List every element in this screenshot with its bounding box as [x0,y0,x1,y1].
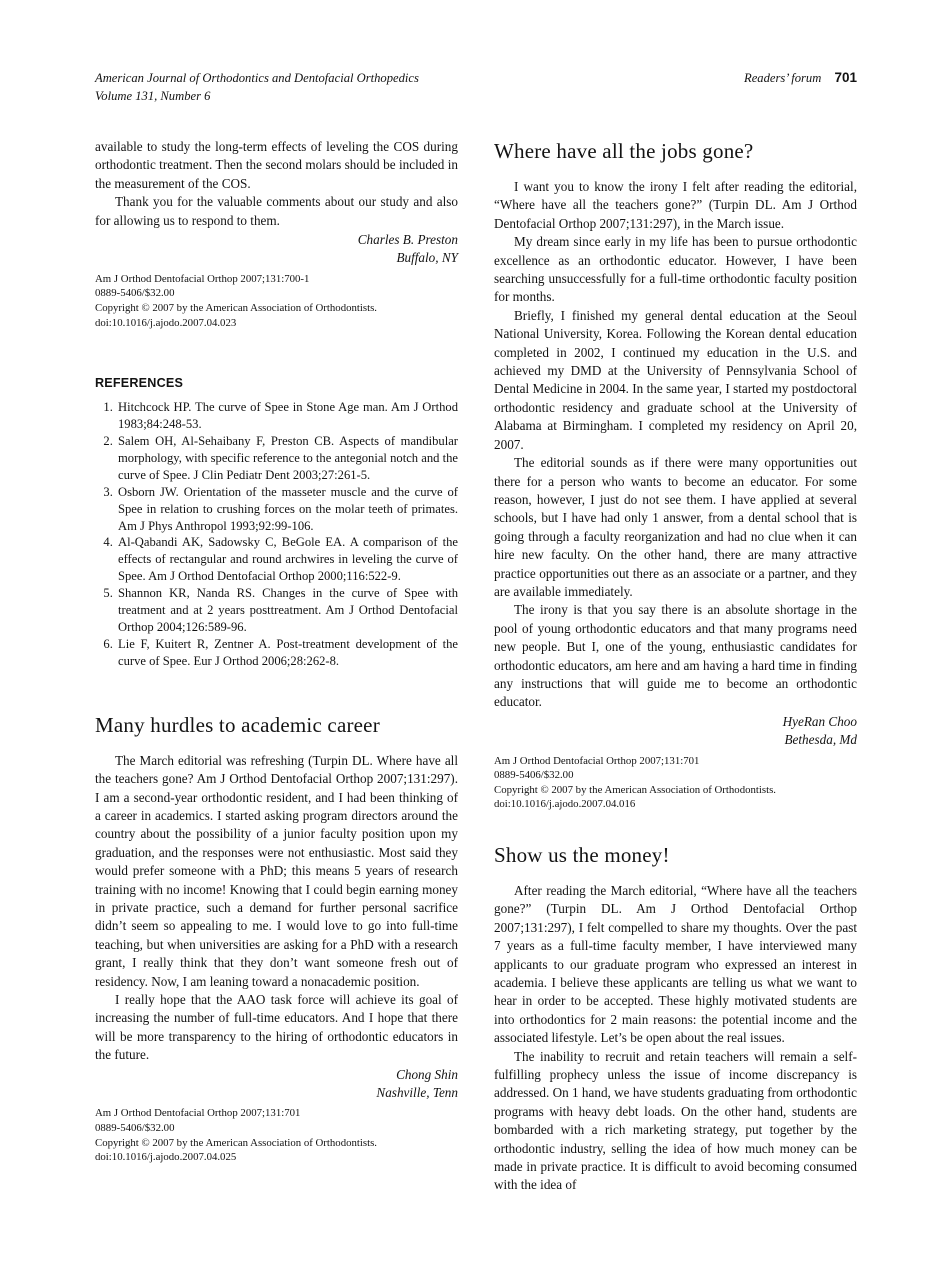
reference-item: Osborn JW. Orientation of the masseter m… [116,484,458,535]
letter-paragraph: Briefly, I finished my general dental ed… [494,307,857,454]
citation-journal-line: Am J Orthod Dentofacial Orthop 2007;131:… [494,754,857,769]
right-column: Where have all the jobs gone? I want you… [494,138,857,1195]
reference-item: Al-Qabandi AK, Sadowsky C, BeGole EA. A … [116,534,458,585]
letter-paragraph: The inability to recruit and retain teac… [494,1048,857,1195]
citation-issn-line: 0889-5406/$32.00 [95,1121,458,1136]
letter-reply-paragraph: Thank you for the valuable comments abou… [95,193,458,230]
reference-item: Salem OH, Al-Sehaibany F, Preston CB. As… [116,433,458,484]
journal-page: American Journal of Orthodontics and Den… [0,0,950,1272]
citation-journal-line: Am J Orthod Dentofacial Orthop 2007;131:… [95,272,458,287]
letter-paragraph: I want you to know the irony I felt afte… [494,178,857,233]
letter-paragraph: The irony is that you say there is an ab… [494,601,857,711]
author-signature: HyeRan Choo Bethesda, Md [494,713,857,750]
author-name: HyeRan Choo [494,713,857,731]
author-location: Nashville, Tenn [95,1084,458,1102]
references-list: Hitchcock HP. The curve of Spee in Stone… [95,399,458,670]
letter-paragraph: I really hope that the AAO task force wi… [95,991,458,1065]
letter-title-jobs-gone: Where have all the jobs gone? [494,138,857,164]
two-column-body: available to study the long-term effects… [95,138,857,1195]
letter-paragraph: After reading the March editorial, “Wher… [494,882,857,1048]
journal-identification: American Journal of Orthodontics and Den… [95,70,419,105]
page-header: American Journal of Orthodontics and Den… [95,70,857,105]
section-name: Readers’ forum [744,71,821,85]
author-location: Bethesda, Md [494,731,857,749]
citation-doi-line: doi:10.1016/j.ajodo.2007.04.016 [494,797,857,812]
running-head: Readers’ forum 701 [744,70,857,86]
citation-block: Am J Orthod Dentofacial Orthop 2007;131:… [95,1106,458,1164]
citation-doi-line: doi:10.1016/j.ajodo.2007.04.023 [95,316,458,331]
letter-paragraph: My dream since early in my life has been… [494,233,857,307]
left-column: available to study the long-term effects… [95,138,458,1195]
citation-issn-line: 0889-5406/$32.00 [494,768,857,783]
reference-item: Shannon KR, Nanda RS. Changes in the cur… [116,585,458,636]
references-heading: REFERENCES [95,376,458,390]
citation-copyright-line: Copyright © 2007 by the American Associa… [95,301,458,316]
citation-issn-line: 0889-5406/$32.00 [95,286,458,301]
volume-number: Volume 131, Number 6 [95,88,419,106]
letter-paragraph: The editorial sounds as if there were ma… [494,454,857,601]
author-signature: Charles B. Preston Buffalo, NY [95,231,458,268]
citation-copyright-line: Copyright © 2007 by the American Associa… [494,783,857,798]
letter-paragraph: The March editorial was refreshing (Turp… [95,752,458,991]
journal-name: American Journal of Orthodontics and Den… [95,70,419,88]
reference-item: Lie F, Kuitert R, Zentner A. Post-treatm… [116,636,458,670]
citation-block: Am J Orthod Dentofacial Orthop 2007;131:… [494,754,857,812]
letter-reply-paragraph: available to study the long-term effects… [95,138,458,193]
letter-title-many-hurdles: Many hurdles to academic career [95,712,458,738]
author-signature: Chong Shin Nashville, Tenn [95,1066,458,1103]
citation-journal-line: Am J Orthod Dentofacial Orthop 2007;131:… [95,1106,458,1121]
author-name: Chong Shin [95,1066,458,1084]
citation-block: Am J Orthod Dentofacial Orthop 2007;131:… [95,272,458,330]
reference-item: Hitchcock HP. The curve of Spee in Stone… [116,399,458,433]
citation-copyright-line: Copyright © 2007 by the American Associa… [95,1136,458,1151]
page-number: 701 [834,70,857,85]
letter-title-show-money: Show us the money! [494,842,857,868]
citation-doi-line: doi:10.1016/j.ajodo.2007.04.025 [95,1150,458,1165]
author-name: Charles B. Preston [95,231,458,249]
author-location: Buffalo, NY [95,249,458,267]
